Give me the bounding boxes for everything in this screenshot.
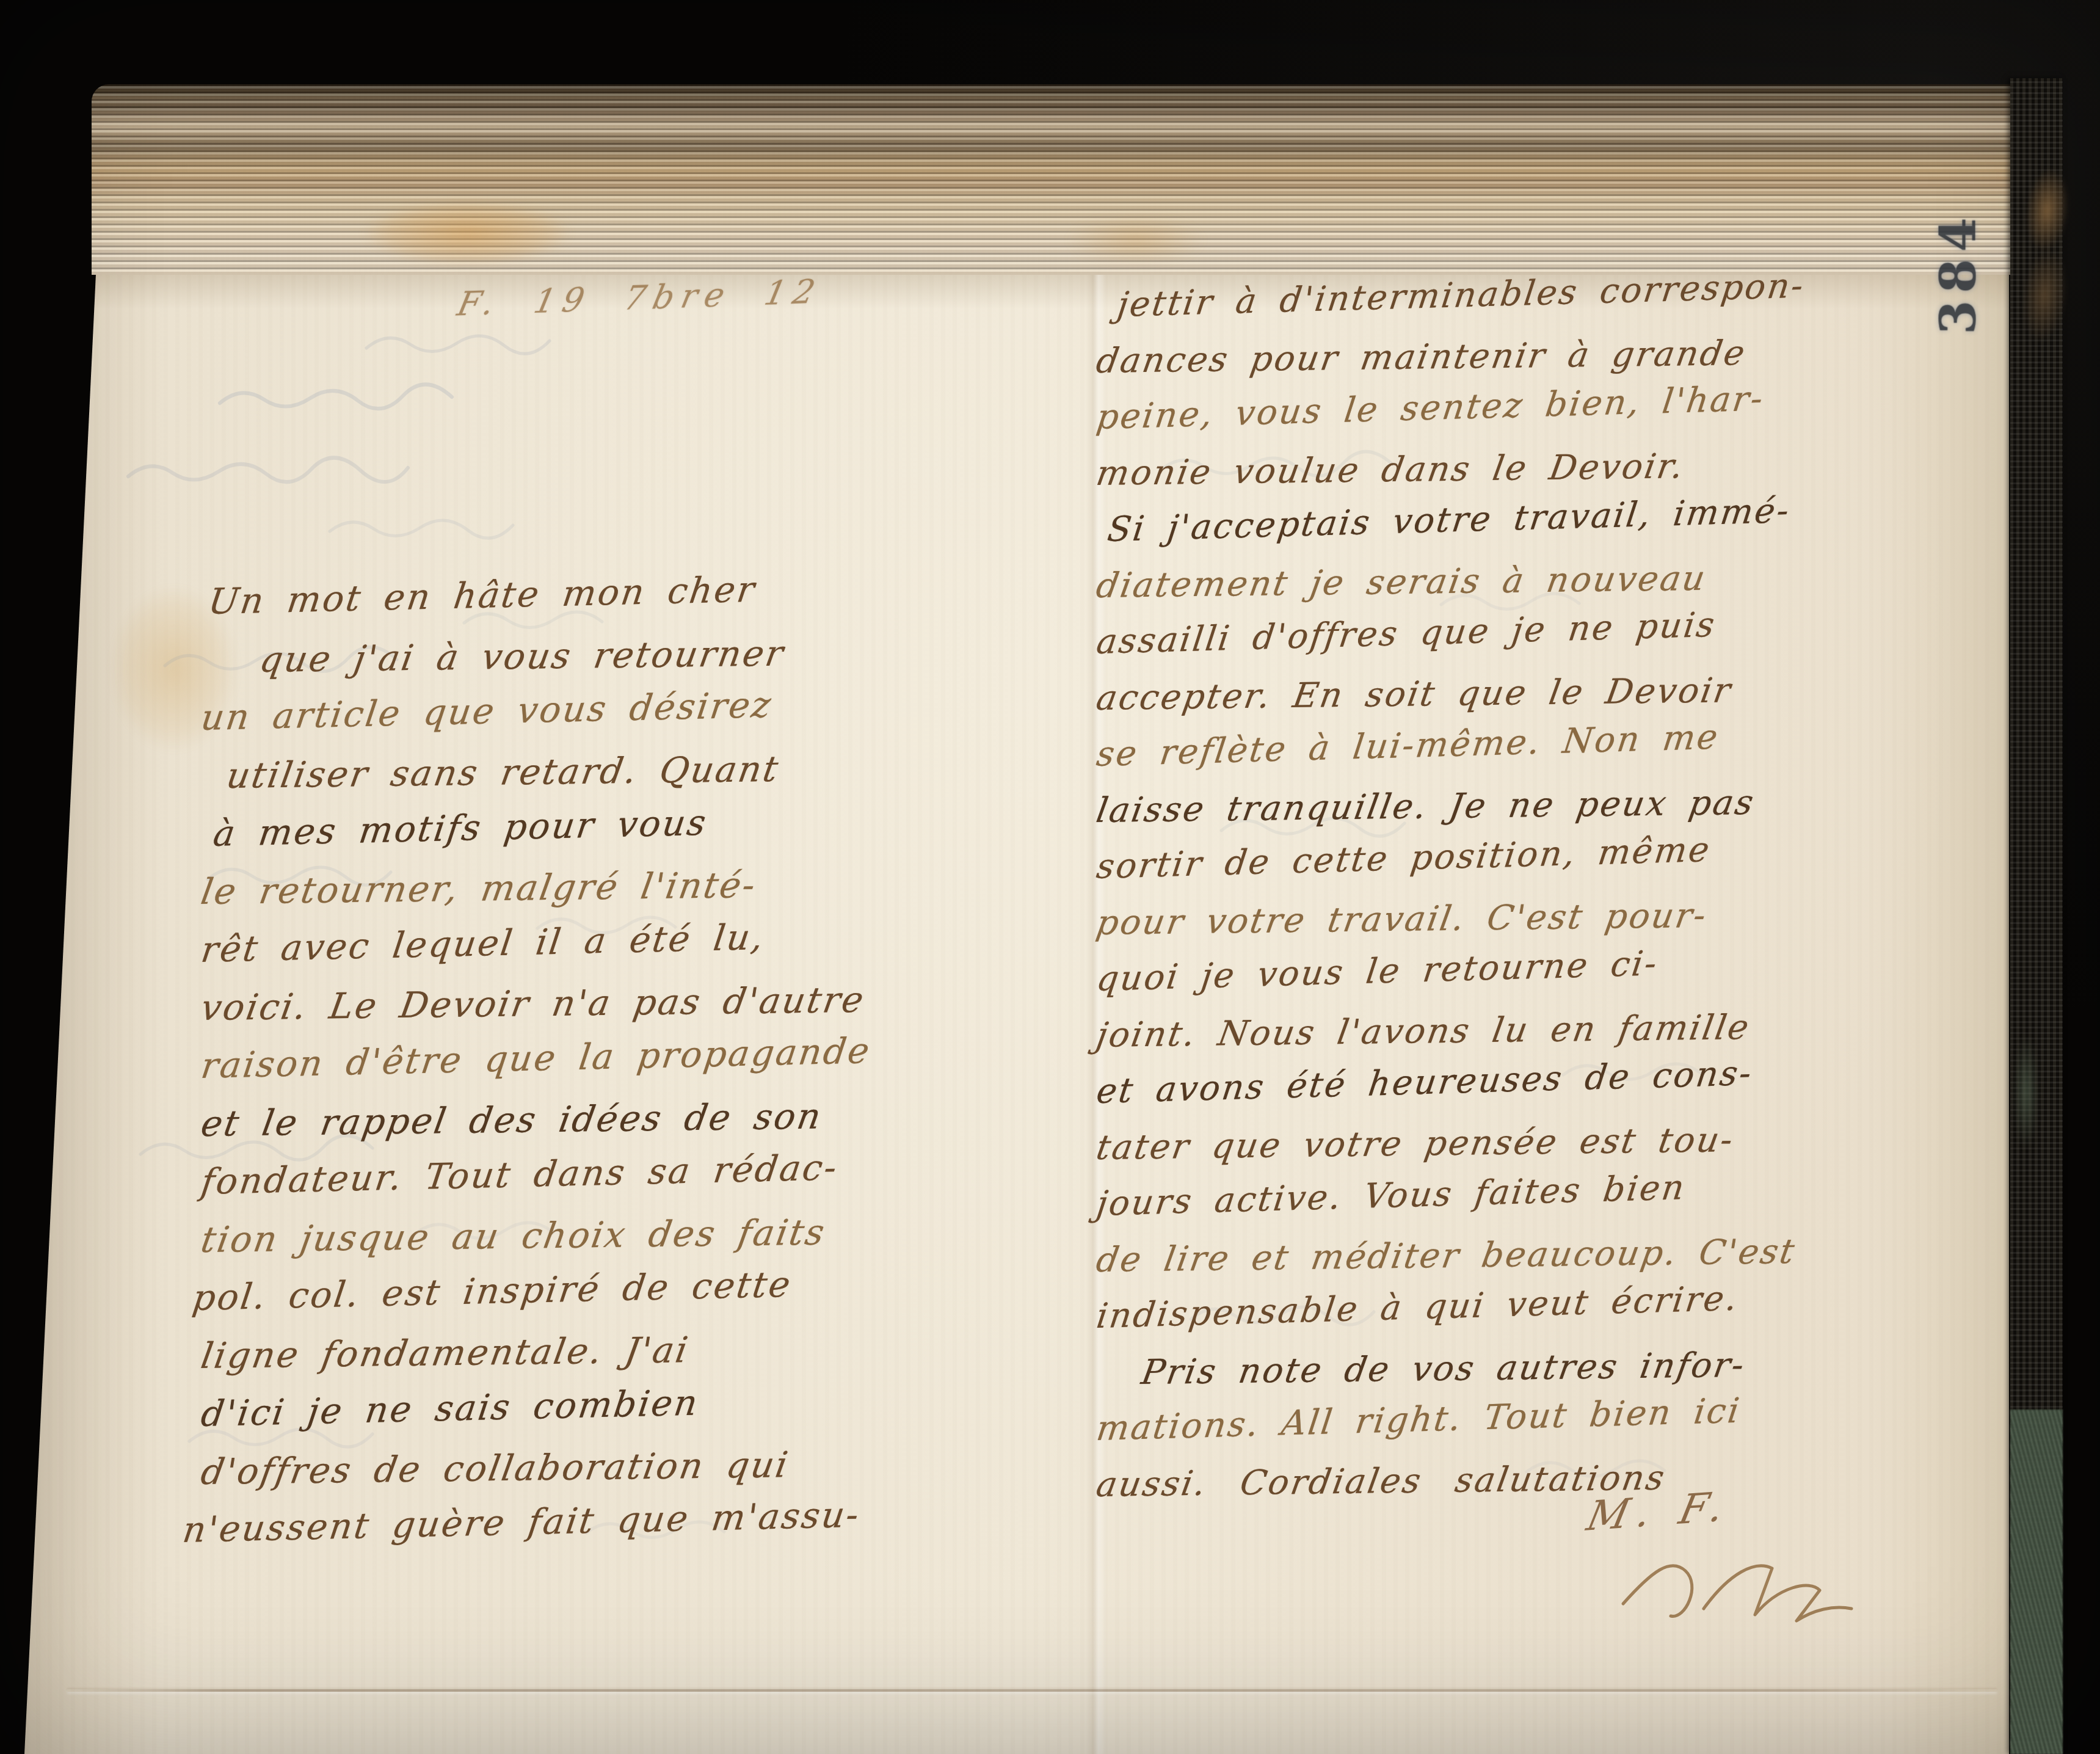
page-edge-stack — [92, 84, 2022, 275]
manuscript-page: F. 19 7bre 12 Un mot en hâte mon cherque… — [24, 275, 2009, 1754]
book-photo: F. 19 7bre 12 Un mot en hâte mon cherque… — [0, 0, 2100, 1754]
date-heading: F. 19 7bre 12 — [454, 272, 826, 323]
folio-number-stamp: 384 — [1915, 199, 2000, 346]
signature: M. F. — [1588, 1488, 1881, 1659]
signature-flourish — [1612, 1512, 1869, 1647]
handwriting-line: Un mot en hâte mon cher — [205, 558, 875, 631]
edge-stain — [336, 193, 598, 274]
cover-cloth-worn-green — [2010, 1410, 2063, 1754]
cover-cloth-worn-green — [2010, 1019, 2042, 1165]
edge-stain — [1044, 206, 1227, 274]
bottom-crease — [67, 1689, 1997, 1692]
right-text-column: jettir à d'interminables correspon-dance… — [1097, 277, 1805, 1513]
left-text-column: Un mot en hâte mon cherque j'ai à vous r… — [202, 573, 871, 1559]
